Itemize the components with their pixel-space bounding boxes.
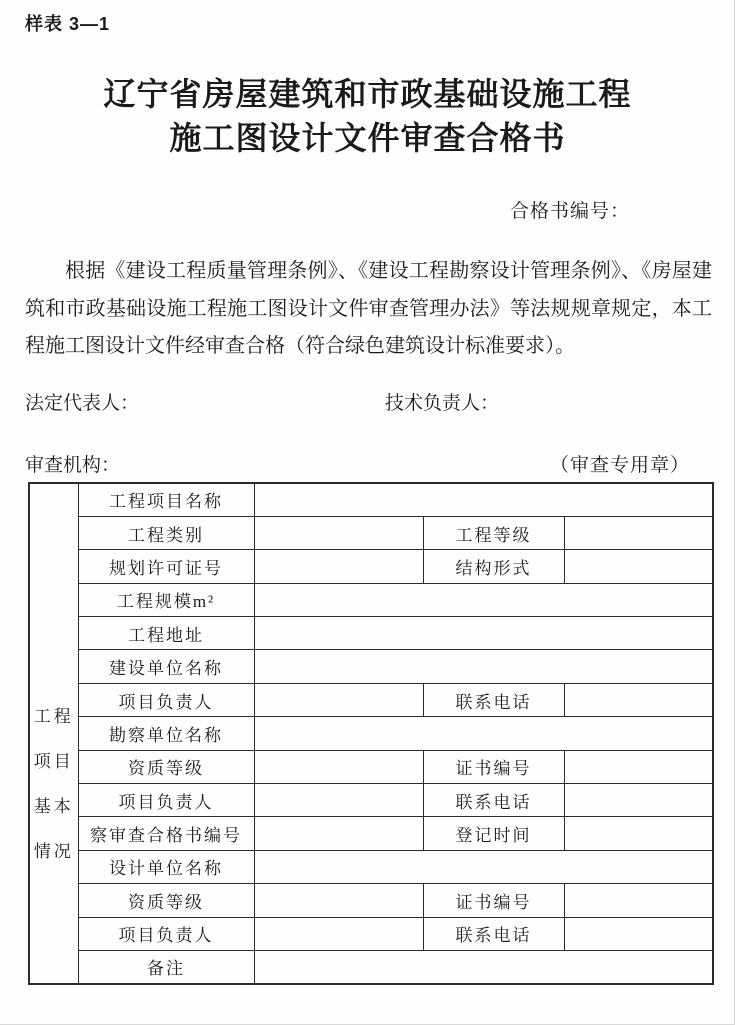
table-row: 察审查合格书编号登记时间	[29, 817, 713, 850]
table-row: 工程规模m²	[29, 583, 713, 616]
field-label-cell: 登记时间	[423, 817, 564, 850]
field-value-cell[interactable]	[564, 750, 713, 783]
field-label-cell: 察审查合格书编号	[78, 817, 254, 850]
field-value-cell[interactable]	[564, 550, 713, 583]
table-row: 备注	[29, 950, 713, 983]
field-label-cell: 结构形式	[423, 550, 564, 583]
field-value-cell[interactable]	[564, 784, 713, 817]
table-row: 建设单位名称	[29, 650, 713, 683]
field-label-cell: 项目负责人	[78, 784, 254, 817]
table-row: 项目负责人联系电话	[29, 683, 713, 716]
seal-label: （审查专用章）	[550, 450, 690, 477]
field-value-cell[interactable]	[254, 784, 423, 817]
field-label-cell: 证书编号	[423, 884, 564, 917]
legal-representative-label: 法定代表人：	[25, 393, 139, 414]
table-row: 规划许可证号结构形式	[29, 550, 713, 583]
field-value-cell[interactable]	[254, 750, 423, 783]
field-value-cell[interactable]	[254, 550, 423, 583]
field-label-cell: 联系电话	[423, 917, 564, 950]
field-value-cell[interactable]	[564, 516, 713, 549]
field-label-cell: 项目负责人	[78, 917, 254, 950]
field-value-cell[interactable]	[254, 617, 713, 650]
field-label-cell: 工程项目名称	[78, 483, 254, 516]
document-title-line1: 辽宁省房屋建筑和市政基础设施工程	[0, 72, 735, 116]
document-title: 辽宁省房屋建筑和市政基础设施工程 施工图设计文件审查合格书	[0, 72, 735, 160]
field-label-cell: 联系电话	[423, 683, 564, 716]
field-value-cell[interactable]	[564, 884, 713, 917]
field-value-cell[interactable]	[254, 950, 713, 983]
document-title-line2: 施工图设计文件审查合格书	[0, 116, 735, 160]
field-value-cell[interactable]	[254, 516, 423, 549]
field-value-cell[interactable]	[564, 817, 713, 850]
form-code: 样表 3—1	[25, 10, 110, 36]
table-row: 勘察单位名称	[29, 717, 713, 750]
table-row: 项目负责人联系电话	[29, 784, 713, 817]
certificate-number-label: 合格书编号：	[510, 196, 630, 223]
table-row: 工程地址	[29, 617, 713, 650]
field-value-cell[interactable]	[254, 917, 423, 950]
field-label-cell: 资质等级	[78, 750, 254, 783]
field-label-cell: 规划许可证号	[78, 550, 254, 583]
document-page: 样表 3—1 辽宁省房屋建筑和市政基础设施工程 施工图设计文件审查合格书 合格书…	[0, 0, 735, 1025]
table-row: 工程类别工程等级	[29, 516, 713, 549]
table-row: 项目负责人联系电话	[29, 917, 713, 950]
info-table-body: 工程项目基本情况工程项目名称工程类别工程等级规划许可证号结构形式工程规模m²工程…	[29, 483, 713, 984]
field-label-cell: 项目负责人	[78, 683, 254, 716]
field-value-cell[interactable]	[564, 917, 713, 950]
table-row: 资质等级证书编号	[29, 884, 713, 917]
field-label-cell: 备注	[78, 950, 254, 983]
field-value-cell[interactable]	[564, 683, 713, 716]
field-value-cell[interactable]	[254, 583, 713, 616]
signer-row: 法定代表人： 技术负责人：	[25, 388, 712, 412]
project-info-table: 工程项目基本情况工程项目名称工程类别工程等级规划许可证号结构形式工程规模m²工程…	[28, 482, 714, 985]
field-value-cell[interactable]	[254, 817, 423, 850]
table-side-label-text: 工程项目基本情况	[30, 484, 78, 874]
field-value-cell[interactable]	[254, 850, 713, 883]
body-paragraph: 根据《建设工程质量管理条例》、《建设工程勘察设计管理条例》、《房屋建筑和市政基础…	[25, 253, 712, 366]
field-value-cell[interactable]	[254, 683, 423, 716]
review-org-label: 审查机构：	[25, 455, 120, 476]
field-label-cell: 证书编号	[423, 750, 564, 783]
field-label-cell: 资质等级	[78, 884, 254, 917]
review-org-row: 审查机构： （审查专用章）	[25, 450, 712, 474]
field-label-cell: 工程等级	[423, 516, 564, 549]
field-label-cell: 工程类别	[78, 516, 254, 549]
field-label-cell: 工程地址	[78, 617, 254, 650]
field-label-cell: 联系电话	[423, 784, 564, 817]
field-value-cell[interactable]	[254, 483, 713, 516]
field-label-cell: 设计单位名称	[78, 850, 254, 883]
technical-lead-label: 技术负责人：	[385, 388, 499, 415]
field-label-cell: 工程规模m²	[78, 583, 254, 616]
table-side-label: 工程项目基本情况	[29, 483, 78, 984]
field-label-cell: 建设单位名称	[78, 650, 254, 683]
table-row: 设计单位名称	[29, 850, 713, 883]
field-label-cell: 勘察单位名称	[78, 717, 254, 750]
table-row: 资质等级证书编号	[29, 750, 713, 783]
field-value-cell[interactable]	[254, 650, 713, 683]
table-row: 工程项目基本情况工程项目名称	[29, 483, 713, 516]
field-value-cell[interactable]	[254, 717, 713, 750]
field-value-cell[interactable]	[254, 884, 423, 917]
